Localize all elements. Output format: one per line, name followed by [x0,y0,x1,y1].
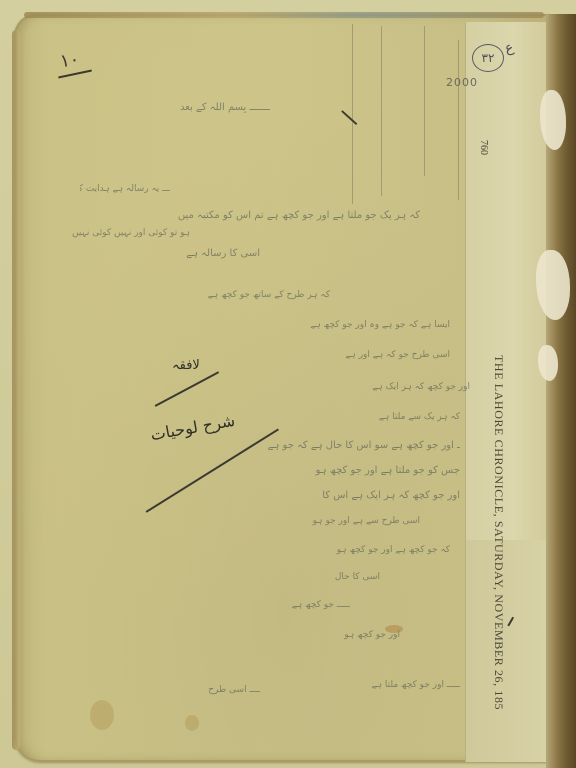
pencil-rule-line [424,26,425,176]
script-line: اسی طرح سے ہے اور جو ہو [120,516,420,526]
script-line: کہ جو کچھ ہے اور جو کچھ ہو [130,545,450,555]
script-line: ـــــ جو کچھ ہے [130,600,350,610]
stain [90,700,114,730]
newspaper-headline: THE LAHORE CHRONICLE, SATURDAY, NOVEMBER… [494,355,506,765]
script-line: ایسا ہے کہ جو ہے وہ اور جو کچھ ہے [110,320,450,330]
ink-note-top: لافقہ [172,358,200,373]
manuscript-photo: 760 THE LAHORE CHRONICLE, SATURDAY, NOVE… [0,0,576,768]
script-line: ــــ اسی طرح [120,685,260,695]
script-line: کہ ہر طرح کے ساتھ جو کچھ ہے [130,290,330,300]
script-line: اور جو کچھ ہو [140,630,400,640]
page-top-edge [24,12,544,18]
page-left-edge [12,30,20,750]
script-line: ہو تو کوئی اور نہیں کوئی نہیں [50,228,190,238]
folio-number: ١٠ [59,49,81,72]
script-line: ـــــــ بِسمِ اللّٰہ کے بعد [170,102,270,113]
script-line: اور جو کچھ کہ ہر ایک ہے [170,382,470,392]
script-line: جس کو جو ملتا ہے اور جو کچھ ہو [110,465,460,476]
script-line: کہ ہر یک جو ملتا ہے اور جو کچھ ہے تم اس … [100,210,420,221]
stain [185,715,199,731]
paper-tear [540,90,566,150]
script-line: کہ ہر یک سے ملتا ہے [260,412,460,422]
script-line: اسی کا رسالہ ہے [110,248,260,259]
script-line: اسی کا حال [230,572,380,582]
paper-tear [538,345,558,381]
pencil-rule-line [381,26,382,196]
pencil-rule-line [352,24,353,204]
newspaper-strip-lower [466,540,546,762]
pencil-number: 2000 [446,76,478,89]
pencil-rule-line [458,40,459,200]
script-line: ـــ یہ رسالہ ہے ہدایت کا [80,184,170,194]
stain [385,625,403,633]
script-line: ـــــ اور جو کچھ ملتا ہے [270,680,460,690]
circled-catalog-number: ٣٢ [472,44,504,72]
newspaper-page-number: 760 [478,140,489,155]
